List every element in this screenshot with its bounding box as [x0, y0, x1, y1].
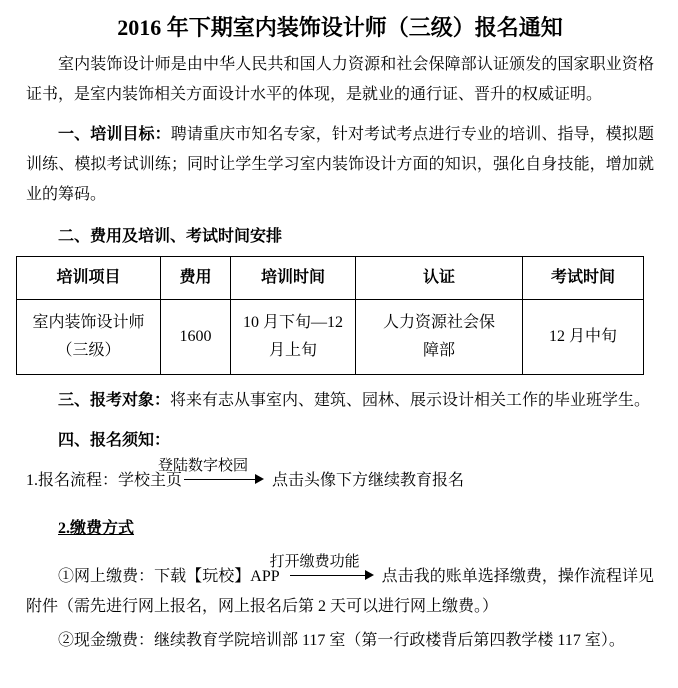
- arrow-line: [184, 479, 257, 480]
- section-notes-heading: 四、报名须知：: [26, 426, 654, 456]
- payment-flow-arrow: 打开缴费功能: [290, 567, 374, 583]
- candidates-heading: 三、报考对象：: [58, 392, 170, 409]
- page-title: 2016 年下期室内装饰设计师（三级）报名通知: [26, 12, 654, 44]
- candidates-body: 将来有志从事室内、建筑、园林、展示设计相关工作的毕业班学生。: [170, 392, 650, 409]
- arrow-line: [290, 575, 367, 576]
- arrow-label: 打开缴费功能: [238, 554, 360, 571]
- table-header-row: 培训项目 费用 培训时间 认证 考试时间: [17, 257, 644, 300]
- arrow-head-icon: [365, 570, 374, 580]
- col-header-fee: 费用: [161, 257, 231, 300]
- section-training-goal: 一、培训目标：聘请重庆市知名专家，针对考试考点进行专业的培训、指导，模拟题训练、…: [26, 120, 654, 210]
- cell-training-time: 10 月下旬—12 月上旬: [231, 300, 356, 375]
- section-candidates: 三、报考对象：将来有志从事室内、建筑、园林、展示设计相关工作的毕业班学生。: [26, 386, 654, 416]
- cell-certification: 人力资源社会保 障部: [356, 300, 523, 375]
- flow-step-label: 1.报名流程：: [26, 472, 118, 489]
- col-header-certification: 认证: [356, 257, 523, 300]
- section-fee-schedule-heading: 二、费用及培训、考试时间安排: [26, 222, 654, 252]
- online-payment-paragraph: ①网上缴费：下载【玩校】APP打开缴费功能点击我的账单选择缴费，操作流程详见附件…: [26, 562, 654, 622]
- arrow-label: 登陆数字校园: [158, 458, 248, 475]
- arrow-head-icon: [255, 474, 264, 484]
- intro-paragraph: 室内装饰设计师是由中华人民共和国人力资源和社会保障部认证颁发的国家职业资格证书，…: [26, 50, 654, 110]
- cash-payment-paragraph: ②现金缴费：继续教育学院培训部 117 室（第一行政楼背后第四教学楼 117 室…: [26, 626, 654, 656]
- flow-to: 点击头像下方继续教育报名: [272, 472, 464, 489]
- login-flow-arrow: 登陆数字校园: [184, 471, 264, 487]
- col-header-exam-time: 考试时间: [523, 257, 644, 300]
- cell-project: 室内装饰设计师 （三级）: [17, 300, 161, 375]
- cell-fee: 1600: [161, 300, 231, 375]
- notice-document: 2016 年下期室内装饰设计师（三级）报名通知 室内装饰设计师是由中华人民共和国…: [0, 0, 678, 688]
- payment-heading: 2.缴费方式: [26, 514, 654, 544]
- cell-exam-time: 12 月中旬: [523, 300, 644, 375]
- col-header-project: 培训项目: [17, 257, 161, 300]
- training-goal-heading: 一、培训目标：: [58, 126, 171, 143]
- table-row: 室内装饰设计师 （三级） 1600 10 月下旬—12 月上旬 人力资源社会保 …: [17, 300, 644, 375]
- col-header-training-time: 培训时间: [231, 257, 356, 300]
- registration-flow: 1.报名流程：学校主页登陆数字校园点击头像下方继续教育报名: [26, 466, 654, 496]
- fee-schedule-table: 培训项目 费用 培训时间 认证 考试时间 室内装饰设计师 （三级） 1600 1…: [16, 256, 644, 375]
